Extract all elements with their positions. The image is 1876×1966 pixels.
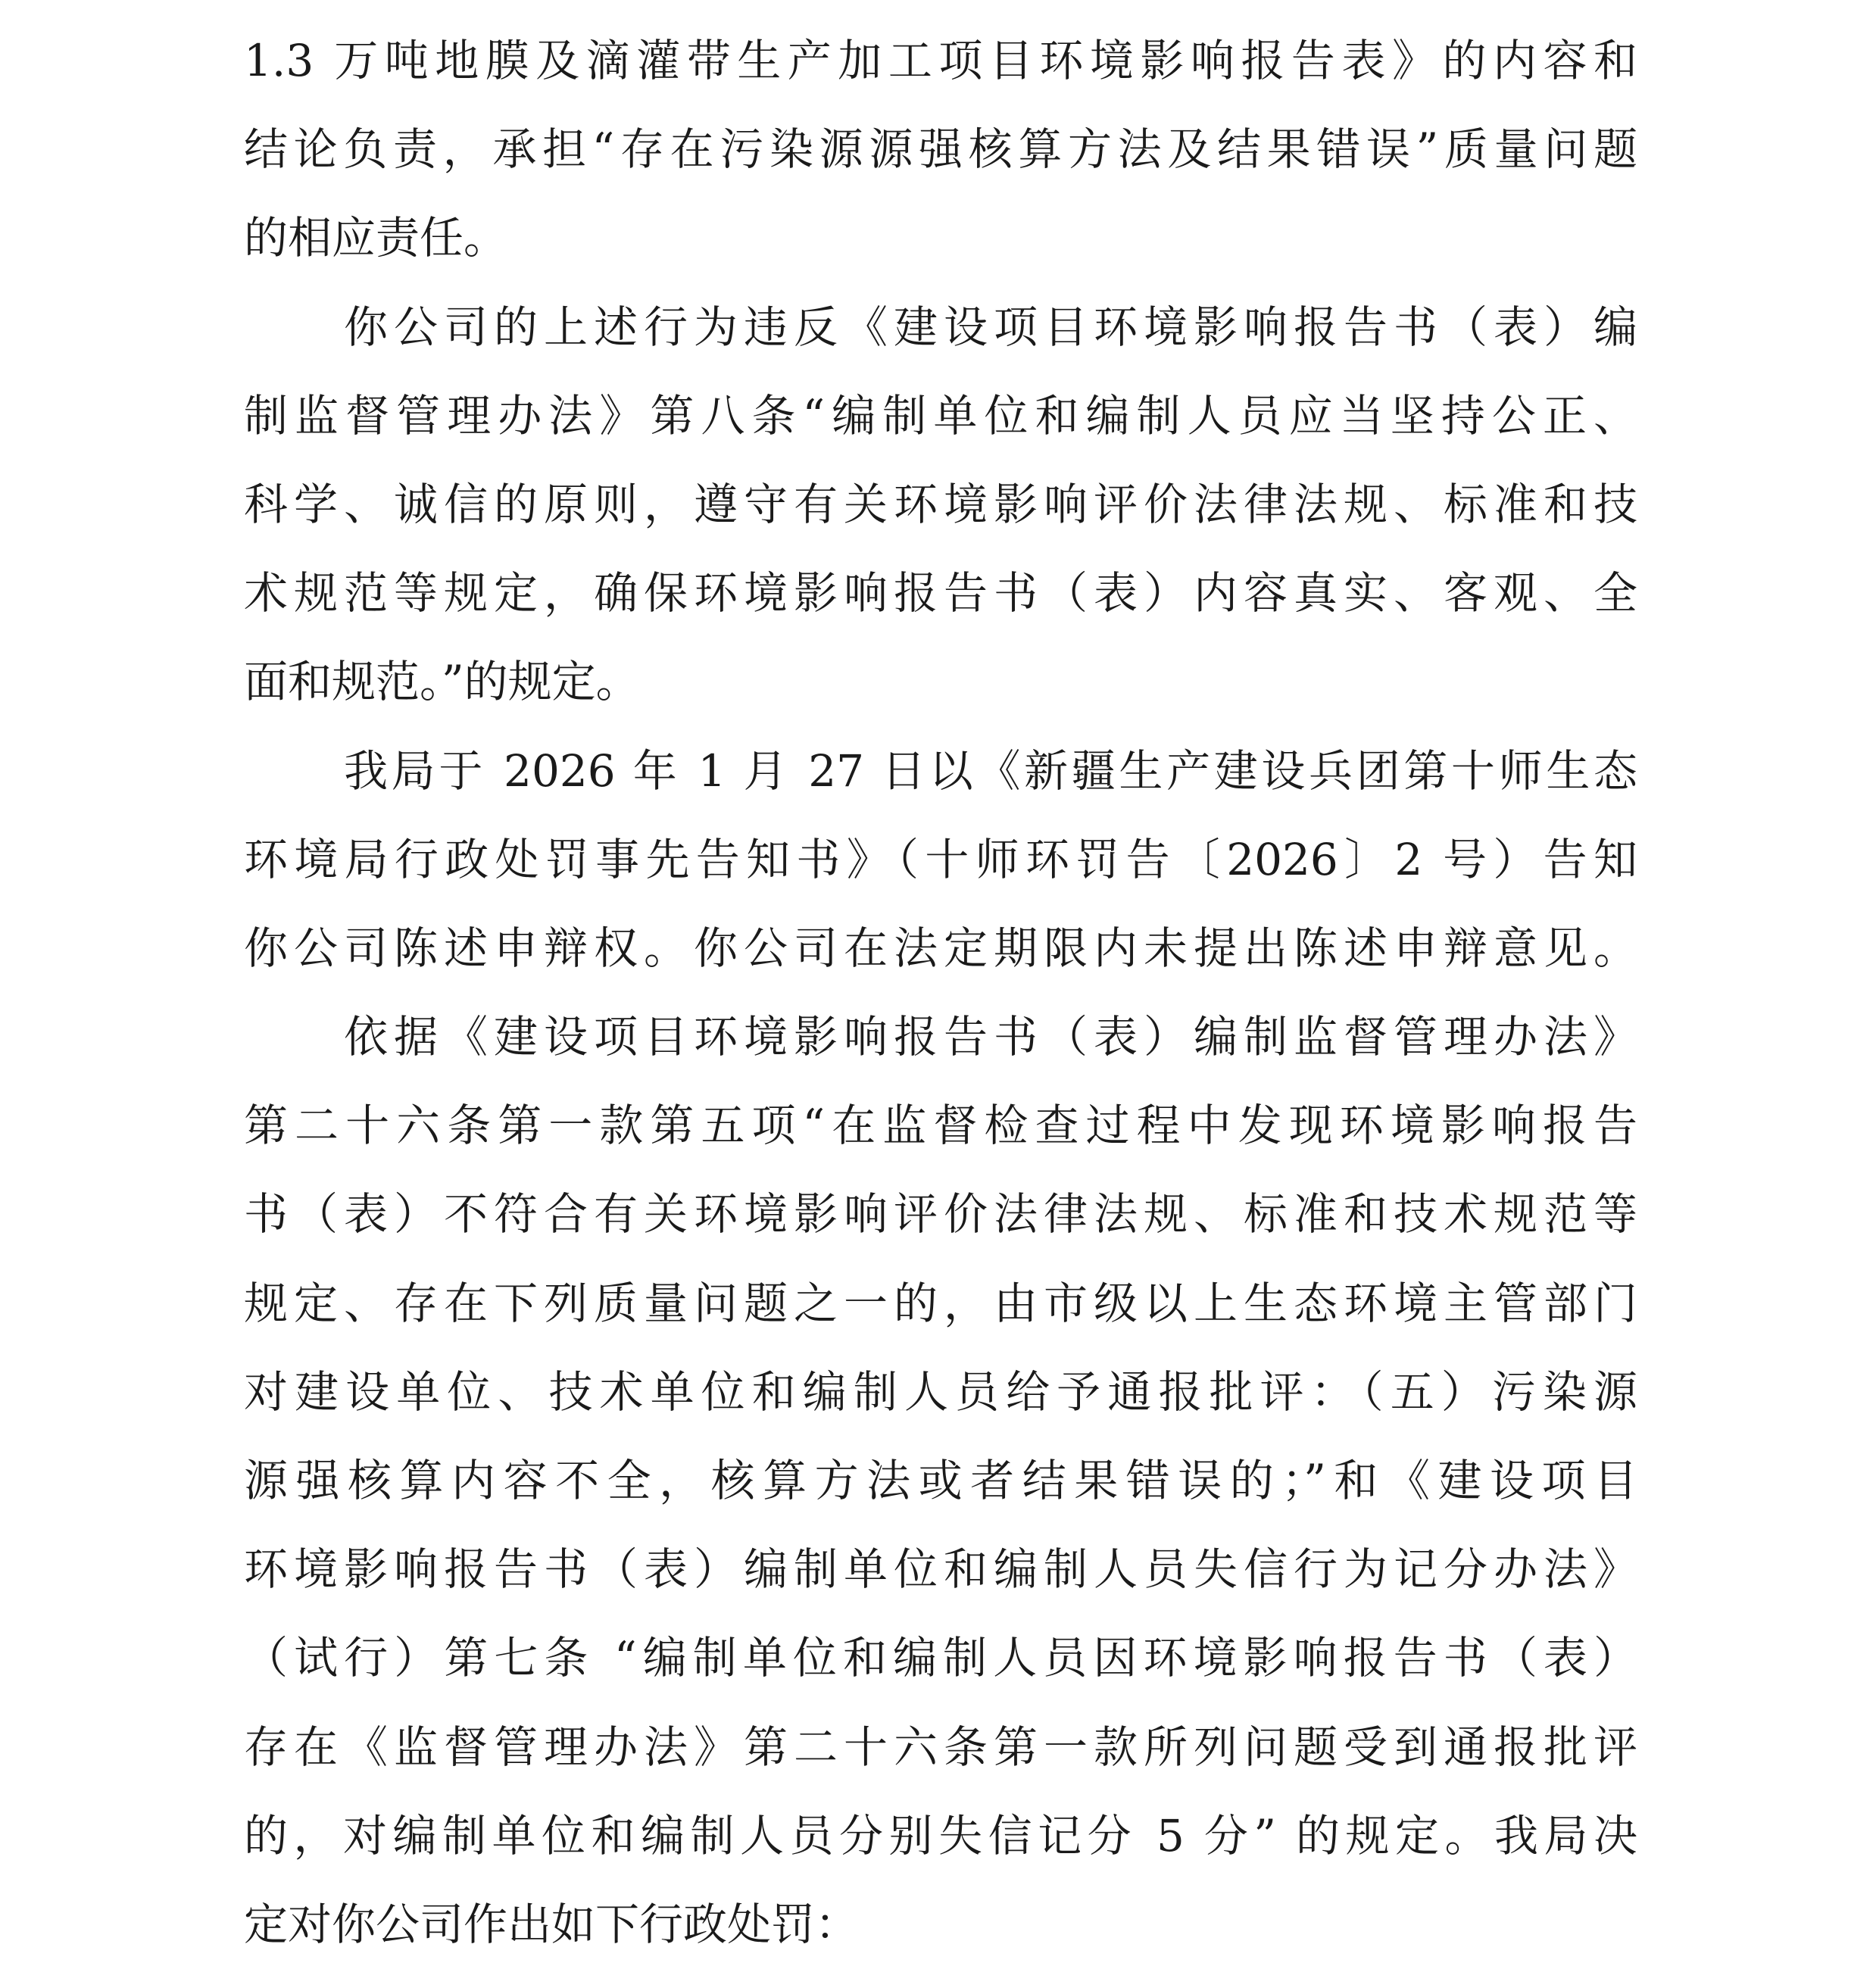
text-line: 第二十六条第一款第五项“在监督检查过程中发现环境影响报告 — [244, 1081, 1637, 1170]
text-line: 制监督管理办法》第八条“编制单位和编制人员应当坚持公正、 — [244, 372, 1637, 460]
text-line: 面和规范。”的规定。 — [244, 638, 1637, 726]
text-line: 环境局行政处罚事先告知书》（十师环罚告〔2026〕2 号）告知 — [244, 816, 1637, 904]
text-line: 规定、存在下列质量问题之一的，由市级以上生态环境主管部门 — [244, 1259, 1637, 1348]
text-line: 的，对编制单位和编制人员分别失信记分 5 分” 的规定。我局决 — [244, 1792, 1637, 1880]
paragraph-legal-basis: 依据《建设项目环境影响报告书（表）编制监督管理办法》 第二十六条第一款第五项“在… — [244, 993, 1637, 1966]
text-line: 环境影响报告书（表）编制单位和编制人员失信行为记分办法》 — [244, 1525, 1637, 1614]
text-line: 科学、诚信的原则，遵守有关环境影响评价法律法规、标准和技 — [244, 460, 1637, 549]
text-line: 你公司陈述申辩权。你公司在法定期限内未提出陈述申辩意见。 — [244, 904, 1637, 993]
text-line: 定对你公司作出如下行政处罚： — [244, 1880, 1637, 1966]
text-line: （试行）第七条 “编制单位和编制人员因环境影响报告书（表） — [244, 1614, 1637, 1702]
document-page: 1.3 万吨地膜及滴灌带生产加工项目环境影响报告表》的内容和 结论负责，承担“存… — [0, 0, 1876, 1966]
text-line: 对建设单位、技术单位和编制人员给予通报批评：（五）污染源 — [244, 1348, 1637, 1437]
paragraph-violation: 你公司的上述行为违反《建设项目环境影响报告书（表）编 制监督管理办法》第八条“编… — [244, 283, 1637, 727]
text-line: 你公司的上述行为违反《建设项目环境影响报告书（表）编 — [244, 283, 1637, 372]
text-line: 术规范等规定，确保环境影响报告书（表）内容真实、客观、全 — [244, 549, 1637, 638]
text-line: 存在《监督管理办法》第二十六条第一款所列问题受到通报批评 — [244, 1703, 1637, 1792]
paragraph-prior-notice: 我局于 2026 年 1 月 27 日以《新疆生产建设兵团第十师生态 环境局行政… — [244, 727, 1637, 994]
text-line: 结论负责，承担“存在污染源源强核算方法及结果错误”质量问题 — [244, 105, 1637, 194]
paragraph-responsibility: 1.3 万吨地膜及滴灌带生产加工项目环境影响报告表》的内容和 结论负责，承担“存… — [244, 17, 1637, 283]
text-line: 依据《建设项目环境影响报告书（表）编制监督管理办法》 — [244, 993, 1637, 1081]
text-line: 源强核算内容不全，核算方法或者结果错误的；”和《建设项目 — [244, 1437, 1637, 1525]
document-body: 1.3 万吨地膜及滴灌带生产加工项目环境影响报告表》的内容和 结论负责，承担“存… — [244, 17, 1637, 1966]
text-line: 我局于 2026 年 1 月 27 日以《新疆生产建设兵团第十师生态 — [244, 727, 1637, 816]
text-line: 书（表）不符合有关环境影响评价法律法规、标准和技术规范等 — [244, 1170, 1637, 1259]
text-line: 的相应责任。 — [244, 194, 1637, 282]
text-line: 1.3 万吨地膜及滴灌带生产加工项目环境影响报告表》的内容和 — [244, 17, 1637, 105]
